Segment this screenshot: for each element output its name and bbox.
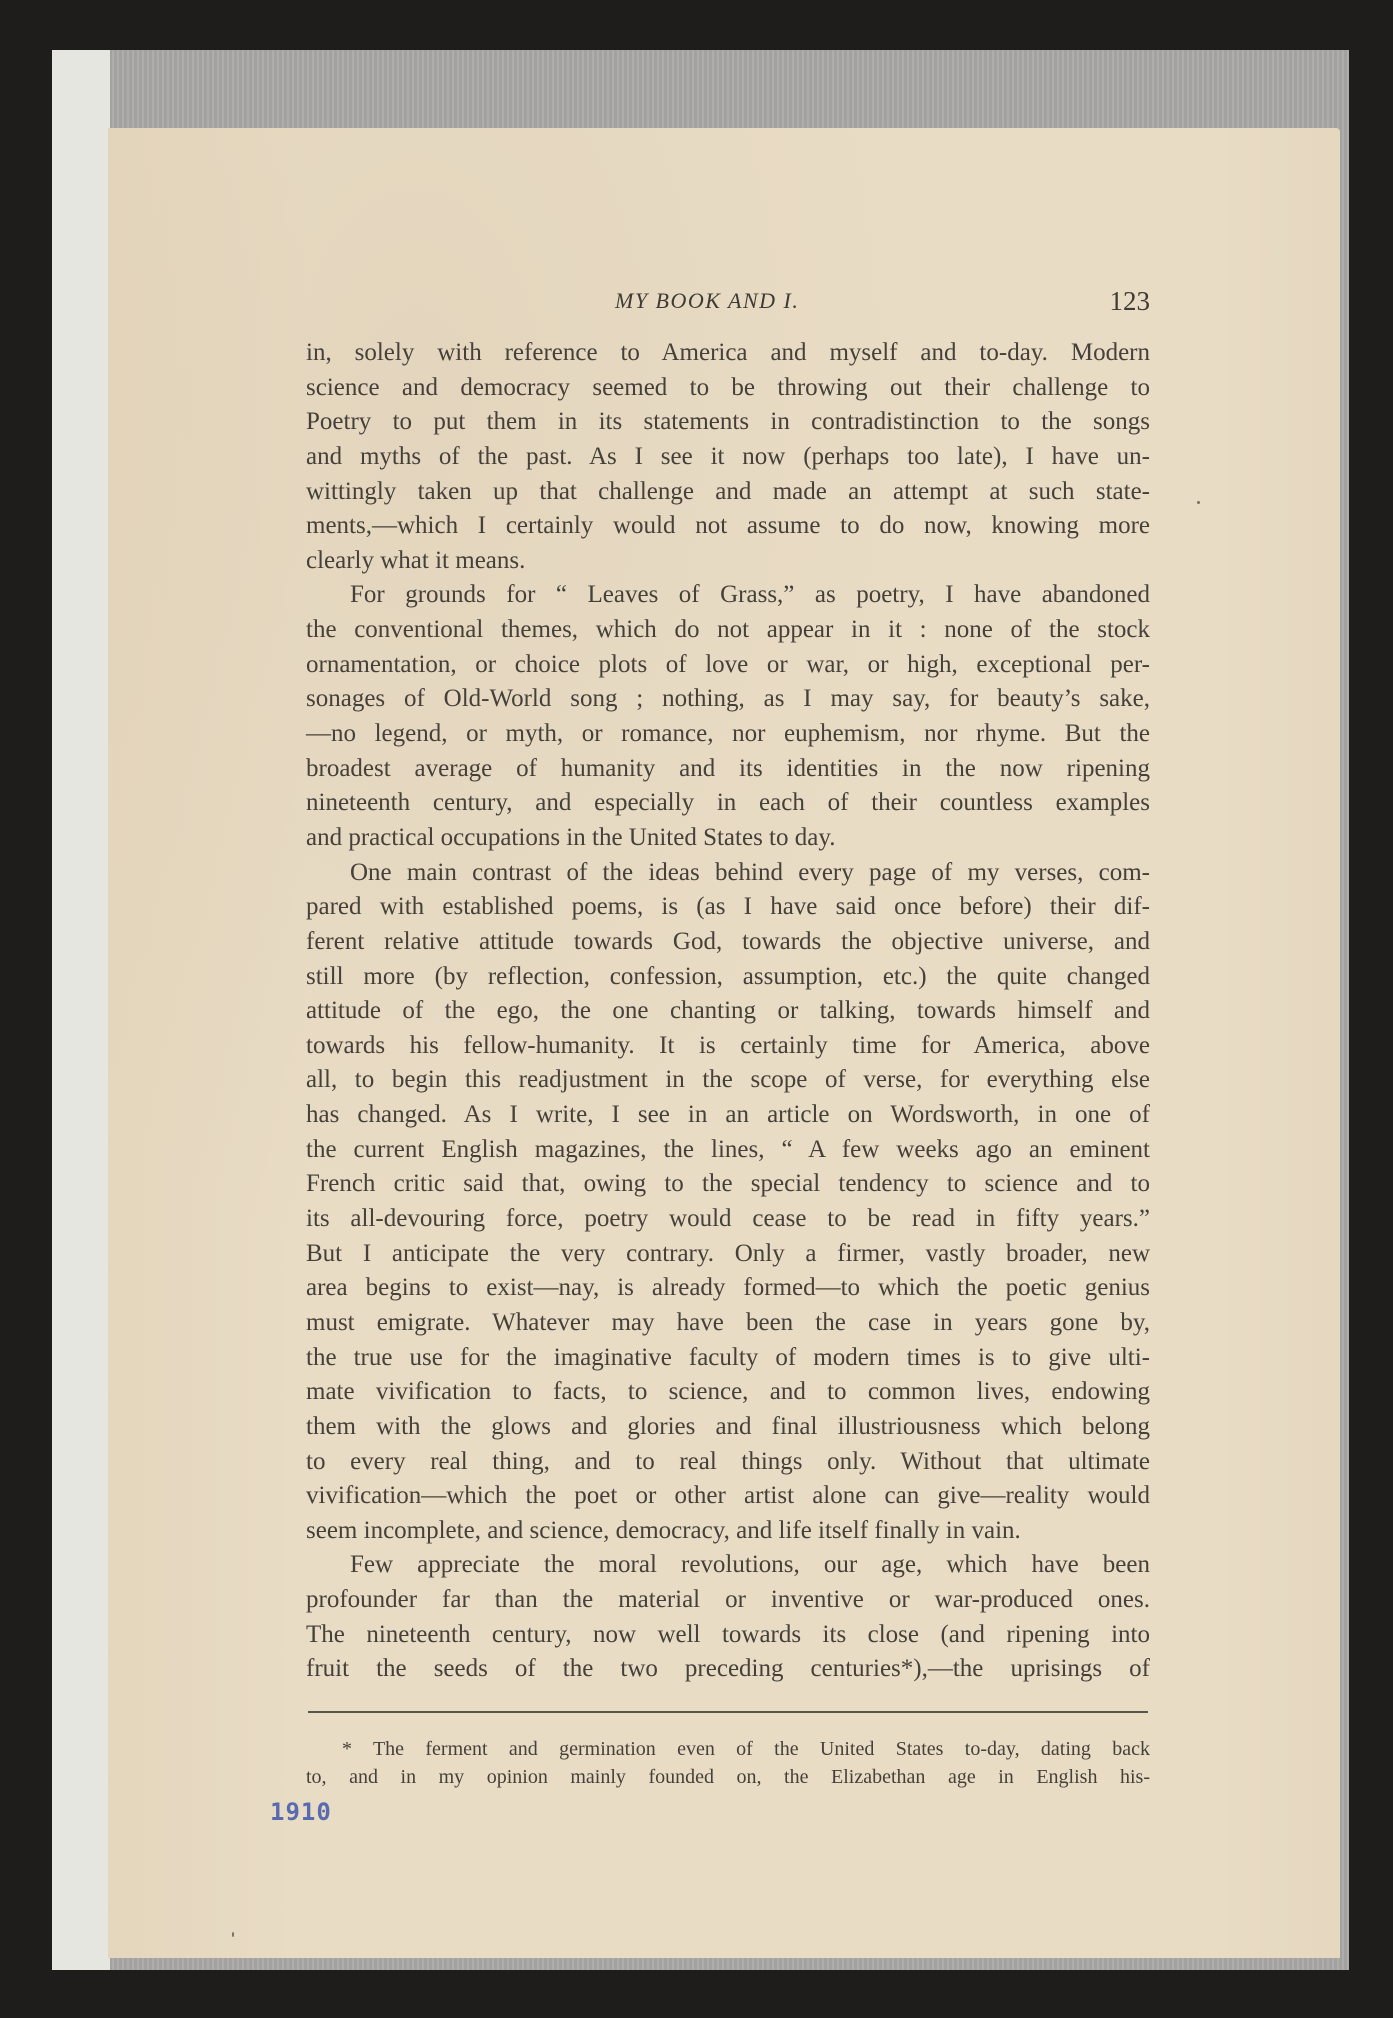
text-line: clearly what it means. (306, 544, 1150, 579)
paragraph: in, solely with reference to America and… (306, 336, 1150, 578)
text-line: in, solely with reference to America and… (306, 336, 1150, 371)
paragraph: For grounds for “ Leaves of Grass,” as p… (306, 578, 1150, 855)
text-line: towards his fellow-humanity. It is certa… (306, 1029, 1150, 1064)
text-line: the current English magazines, the lines… (306, 1133, 1150, 1168)
text-line: The nineteenth century, now well towards… (306, 1618, 1150, 1653)
text-line: has changed. As I write, I see in an art… (306, 1098, 1150, 1133)
text-line: attitude of the ego, the one chanting or… (306, 994, 1150, 1029)
text-line: mate vivification to facts, to science, … (306, 1375, 1150, 1410)
text-line: But I anticipate the very contrary. Only… (306, 1237, 1150, 1272)
text-line: French critic said that, owing to the sp… (306, 1167, 1150, 1202)
text-line: the conventional themes, which do not ap… (306, 613, 1150, 648)
footnote-rule (308, 1711, 1148, 1713)
text-line: science and democracy seemed to be throw… (306, 371, 1150, 406)
text-line: pared with established poems, is (as I h… (306, 890, 1150, 925)
paragraph: Few appreciate the moral revolutions, ou… (306, 1548, 1150, 1687)
text-line: broadest average of humanity and its ide… (306, 752, 1150, 787)
page-number: 123 (1110, 286, 1151, 317)
paper-speck (1197, 501, 1200, 504)
paper-speck (232, 1932, 234, 1937)
paragraph: One main contrast of the ideas behind ev… (306, 856, 1150, 1549)
text-line: still more (by reflection, confession, a… (306, 960, 1150, 995)
text-line: and practical occupations in the United … (306, 821, 1150, 856)
text-line: vivification—which the poet or other art… (306, 1479, 1150, 1514)
text-line: seem incomplete, and science, democracy,… (306, 1514, 1150, 1549)
body-text: in, solely with reference to America and… (306, 336, 1150, 1687)
text-line: sonages of Old-World song ; nothing, as … (306, 682, 1150, 717)
running-head-title: MY BOOK AND I. (615, 288, 799, 314)
text-line: wittingly taken up that challenge and ma… (306, 475, 1150, 510)
text-line: to every real thing, and to real things … (306, 1445, 1150, 1480)
text-line: For grounds for “ Leaves of Grass,” as p… (306, 578, 1150, 613)
text-line: its all-devouring force, poetry would ce… (306, 1202, 1150, 1237)
text-line: —no legend, or myth, or romance, nor eup… (306, 717, 1150, 752)
text-line: the true use for the imaginative faculty… (306, 1341, 1150, 1376)
text-line: area begins to exist—nay, is already for… (306, 1271, 1150, 1306)
date-stamp: 1910 (270, 1798, 332, 1826)
text-line: them with the glows and glories and fina… (306, 1410, 1150, 1445)
text-line: Poetry to put them in its statements in … (306, 405, 1150, 440)
text-line: all, to begin this readjustment in the s… (306, 1063, 1150, 1098)
text-line: fruit the seeds of the two preceding cen… (306, 1652, 1150, 1687)
text-line: and myths of the past. As I see it now (… (306, 440, 1150, 475)
running-head: MY BOOK AND I. 123 (306, 288, 1150, 318)
text-line: One main contrast of the ideas behind ev… (306, 856, 1150, 891)
text-line: Few appreciate the moral revolutions, ou… (306, 1548, 1150, 1583)
text-line: ferent relative attitude towards God, to… (306, 925, 1150, 960)
text-line: profounder far than the material or inve… (306, 1583, 1150, 1618)
footnote: * The ferment and germination even of th… (306, 1735, 1150, 1791)
text-line: must emigrate. Whatever may have been th… (306, 1306, 1150, 1341)
text-line: ornamentation, or choice plots of love o… (306, 648, 1150, 683)
text-line: ments,—which I certainly would not assum… (306, 509, 1150, 544)
footnote-line: to, and in my opinion mainly founded on,… (306, 1763, 1150, 1791)
mount-hinge-strip (52, 50, 110, 1970)
footnote-line: * The ferment and germination even of th… (306, 1735, 1150, 1763)
text-line: nineteenth century, and especially in ea… (306, 786, 1150, 821)
